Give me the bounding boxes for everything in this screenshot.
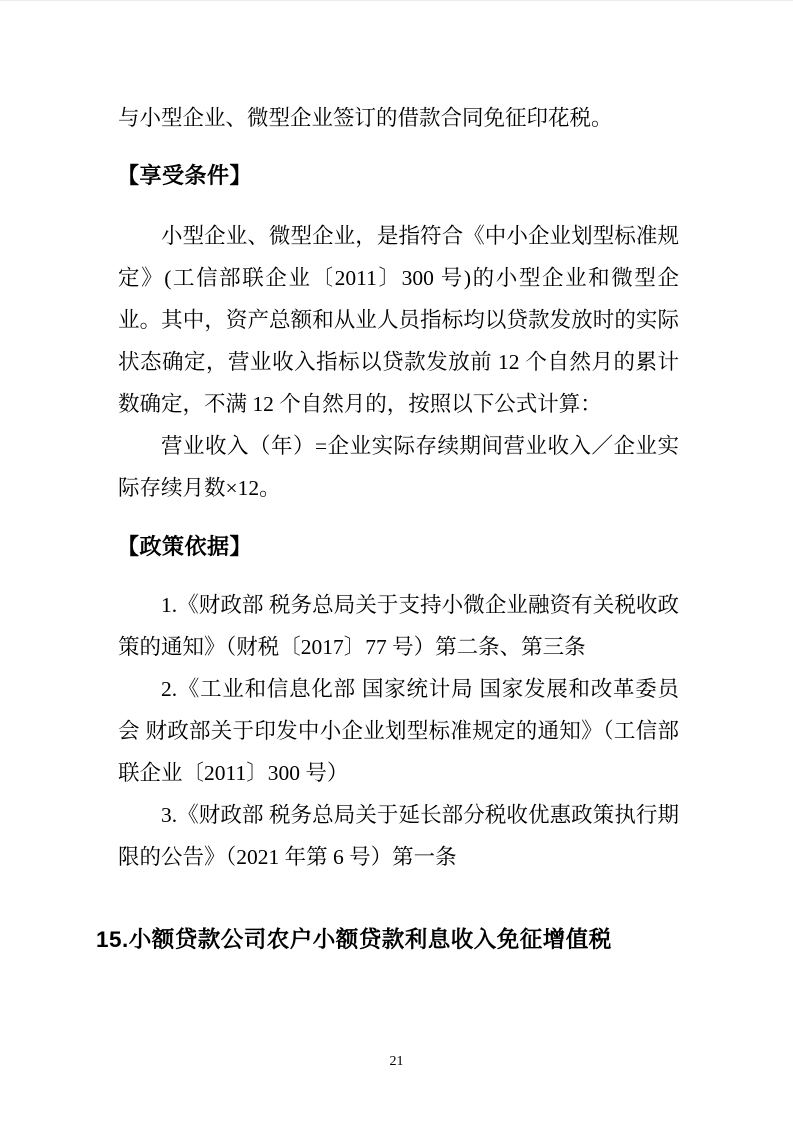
policy-basis-section: 1.《财政部 税务总局关于支持小微企业融资有关税收政策的通知》（财税〔2017〕… [118,584,679,878]
document-page: 与小型企业、微型企业签订的借款合同免征印花税。 【享受条件】 小型企业、微型企业… [0,0,793,1122]
policy-basis-item: 2.《工业和信息化部 国家统计局 国家发展和改革委员会 财政部关于印发中小企业划… [118,668,679,794]
conditions-paragraph: 小型企业、微型企业，是指符合《中小企业划型标准规定》(工信部联企业〔2011〕3… [118,215,679,425]
conditions-section: 小型企业、微型企业，是指符合《中小企业划型标准规定》(工信部联企业〔2011〕3… [118,215,679,509]
policy-basis-item: 1.《财政部 税务总局关于支持小微企业融资有关税收政策的通知》（财税〔2017〕… [118,584,679,668]
section-heading-policy-basis: 【政策依据】 [117,526,252,568]
policy-basis-item: 3.《财政部 税务总局关于延长部分税收优惠政策执行期限的公告》（2021 年第 … [118,794,679,878]
conditions-formula: 营业收入（年）=企业实际存续期间营业收入／企业实际存续月数×12。 [118,425,679,509]
page-number: 21 [0,1053,793,1071]
section-heading-conditions: 【享受条件】 [117,155,252,197]
continuation-paragraph: 与小型企业、微型企业签订的借款合同免征印花税。 [118,97,680,139]
next-section-heading: 15.小额贷款公司农户小额贷款利息收入免征增值税 [96,923,612,957]
